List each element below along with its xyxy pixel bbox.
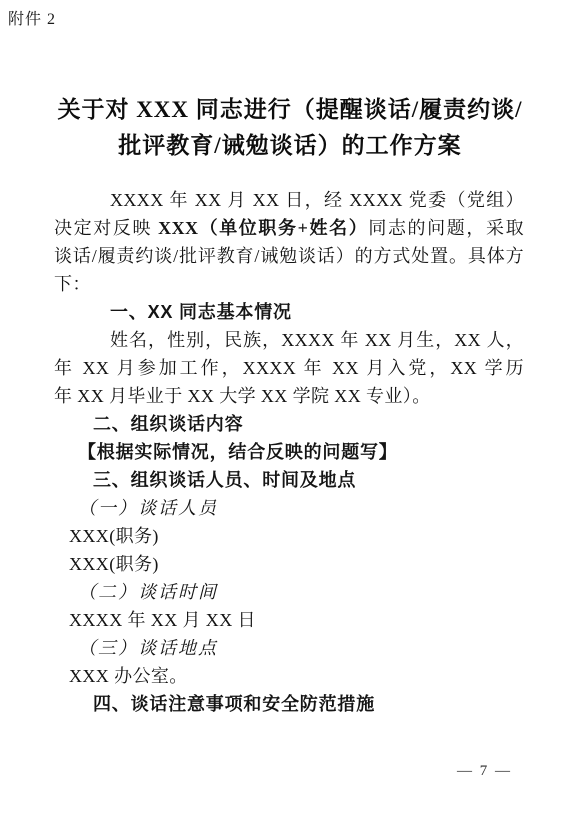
- document-page: 附件 2 关于对 XXX 同志进行（提醒谈话/履责约谈/ 批评教育/诫勉谈话）的…: [0, 0, 580, 824]
- basic-info-line-1: 姓名，性别，民族，XXXX 年 XX 月生，XX 人，XXXX: [54, 326, 524, 354]
- personnel-placeholder-1: XXX(职务): [54, 522, 524, 550]
- subheading-talk-location: （三）谈话地点: [54, 634, 524, 662]
- talk-time-placeholder: XXXX 年 XX 月 XX 日: [54, 606, 524, 634]
- title-line-1: 关于对 XXX 同志进行（提醒谈话/履责约谈/: [0, 92, 580, 128]
- basic-info-line-3: 年 XX 月毕业于 XX 大学 XX 学院 XX 专业）。: [54, 382, 524, 410]
- content-note-bracket: 【根据实际情况，结合反映的问题写】: [54, 438, 524, 466]
- intro-line-2-bold-placeholder: XXX（单位职务+姓名）: [158, 218, 368, 238]
- section-heading-3: 三、组织谈话人员、时间及地点: [54, 466, 524, 494]
- section-heading-4: 四、谈话注意事项和安全防范措施: [54, 690, 524, 718]
- section-heading-1: 一、XX 同志基本情况: [54, 298, 524, 326]
- paragraph-intro-line-3: 谈话/履责约谈/批评教育/诫勉谈话）的方式处置。具体方案如: [54, 242, 524, 270]
- document-title: 关于对 XXX 同志进行（提醒谈话/履责约谈/ 批评教育/诫勉谈话）的工作方案: [0, 92, 580, 164]
- page-number: — 7 —: [457, 763, 512, 780]
- title-line-2: 批评教育/诫勉谈话）的工作方案: [0, 128, 580, 164]
- basic-info-line-2: 年 XX 月参加工作，XXXX 年 XX 月入党，XX 学历（XXXX: [54, 354, 524, 382]
- attachment-label: 附件 2: [8, 6, 56, 29]
- intro-line-2-pre: 决定对反映: [54, 218, 158, 238]
- paragraph-intro-line-1: XXXX 年 XX 月 XX 日，经 XXXX 党委（党组）会议研究，: [54, 186, 524, 214]
- paragraph-intro-line-4: 下：: [54, 270, 524, 298]
- subheading-talk-personnel: （一）谈话人员: [54, 494, 524, 522]
- subheading-talk-time: （二）谈话时间: [54, 578, 524, 606]
- personnel-placeholder-2: XXX(职务): [54, 550, 524, 578]
- section-heading-2: 二、组织谈话内容: [54, 410, 524, 438]
- talk-location-placeholder: XXX 办公室。: [54, 662, 524, 690]
- document-body: XXXX 年 XX 月 XX 日，经 XXXX 党委（党组）会议研究， 决定对反…: [54, 186, 524, 718]
- paragraph-intro-line-2: 决定对反映 XXX（单位职务+姓名）同志的问题，采取（提醒: [54, 214, 524, 242]
